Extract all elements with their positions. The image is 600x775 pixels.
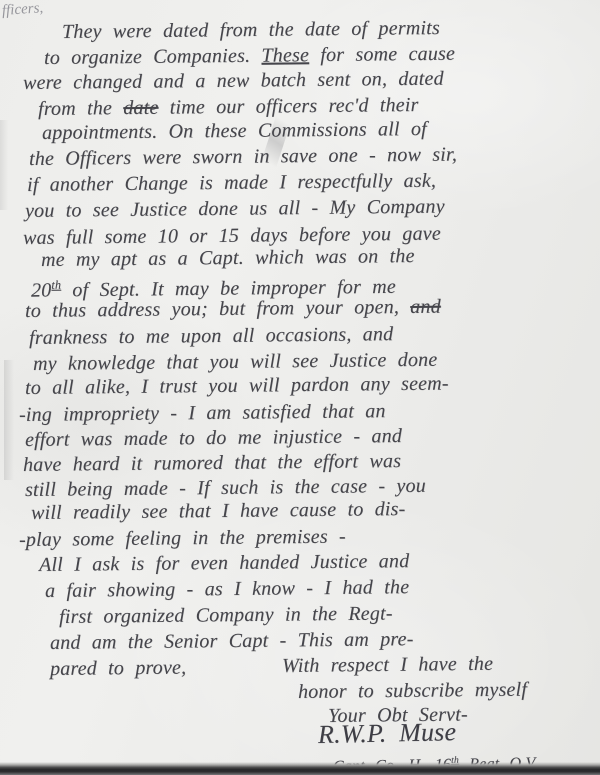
- letter-line: -ing impropriety - I am satisfied that a…: [19, 399, 386, 427]
- line-text: frankness to me upon all occasions, and: [29, 323, 394, 349]
- letter-line: effort was made to do me injustice - and: [25, 424, 402, 452]
- line-text: first organized Company in the Regt-: [59, 603, 393, 628]
- line-text: a fair showing - as I know - I had the: [45, 576, 409, 602]
- line-text: were changed and a new batch sent on, da…: [23, 68, 444, 94]
- letter-line: were changed and a new batch sent on, da…: [23, 67, 444, 95]
- line-text: honor to subscribe myself: [298, 679, 527, 703]
- letter-line: you to see Justice done us all - My Comp…: [25, 195, 445, 223]
- letter-line: a fair showing - as I know - I had the: [45, 575, 409, 603]
- letter-line: to thus address you; but from your open,…: [25, 295, 441, 323]
- letter-line: have heard it rumored that the effort wa…: [23, 449, 401, 477]
- letter-line: frankness to me upon all occasions, and: [29, 322, 394, 350]
- letter-line: first organized Company in the Regt-: [59, 602, 393, 629]
- letter-line: if another Change is made I respectfully…: [27, 169, 436, 197]
- line-text: With respect I have the: [282, 653, 493, 677]
- letter-line: -play some feeling in the premises -: [19, 525, 346, 552]
- letter-line: They were dated from the date of permits: [62, 16, 440, 44]
- letter-page: fficers, They were dated from the date o…: [0, 0, 600, 775]
- letter-line: appointments. On these Commissions all o…: [42, 117, 427, 145]
- line-text: for some cause: [309, 43, 455, 67]
- line-text: pared to prove,: [50, 657, 187, 680]
- underlined-word: These: [261, 44, 309, 66]
- line-text: have heard it rumored that the effort wa…: [23, 450, 401, 476]
- letter-line: All I ask is for even handed Justice and: [39, 549, 410, 577]
- line-text: All I ask is for even handed Justice and: [39, 550, 410, 576]
- letter-line: and am the Senior Capt - This am pre-: [50, 627, 414, 655]
- signature: R.W.P. Muse: [318, 720, 457, 747]
- line-text: They were dated from the date of permits: [62, 17, 440, 43]
- line-text: -ing impropriety - I am satisfied that a…: [19, 400, 386, 426]
- line-text: from the: [38, 97, 124, 120]
- ordinal-suffix: th: [51, 278, 61, 292]
- line-text: will readily see that I have cause to di…: [31, 498, 406, 524]
- line-text: to organize Companies.: [44, 45, 262, 69]
- letter-line: pared to prove,: [50, 656, 187, 681]
- signature-text: R.W.P. Muse: [318, 717, 457, 749]
- line-text: the Officers were sworn in save one - no…: [29, 144, 457, 170]
- letter-line: to all alike, I trust you will pardon an…: [25, 372, 449, 400]
- line-text: and am the Senior Capt - This am pre-: [50, 628, 414, 654]
- line-text: if another Change is made I respectfully…: [27, 170, 436, 196]
- struck-word: date: [123, 97, 158, 119]
- letter-line: will readily see that I have cause to di…: [31, 497, 406, 525]
- page-top-fragment: fficers,: [1, 0, 43, 20]
- line-text: appointments. On these Commissions all o…: [42, 118, 427, 144]
- letter-line: me my apt as a Capt. which was on the: [41, 244, 415, 272]
- line-text: to thus address you; but from your open,: [25, 296, 410, 322]
- struck-word: and: [410, 296, 441, 318]
- line-text: time our officers rec'd their: [158, 94, 418, 119]
- closing-line: honor to subscribe myself: [298, 678, 527, 704]
- scan-edge-bottom: [0, 762, 600, 775]
- letter-line: the Officers were sworn in save one - no…: [29, 143, 457, 171]
- line-text: me my apt as a Capt. which was on the: [41, 245, 415, 271]
- closing-line: With respect I have the: [282, 652, 493, 678]
- line-text: -play some feeling in the premises -: [19, 526, 346, 551]
- line-text: effort was made to do me injustice - and: [25, 425, 402, 451]
- line-text: you to see Justice done us all - My Comp…: [25, 196, 445, 222]
- line-text: to all alike, I trust you will pardon an…: [25, 373, 449, 399]
- letter-line: to organize Companies. These for some ca…: [44, 42, 455, 70]
- line-text: my knowledge that you will see Justice d…: [33, 349, 438, 375]
